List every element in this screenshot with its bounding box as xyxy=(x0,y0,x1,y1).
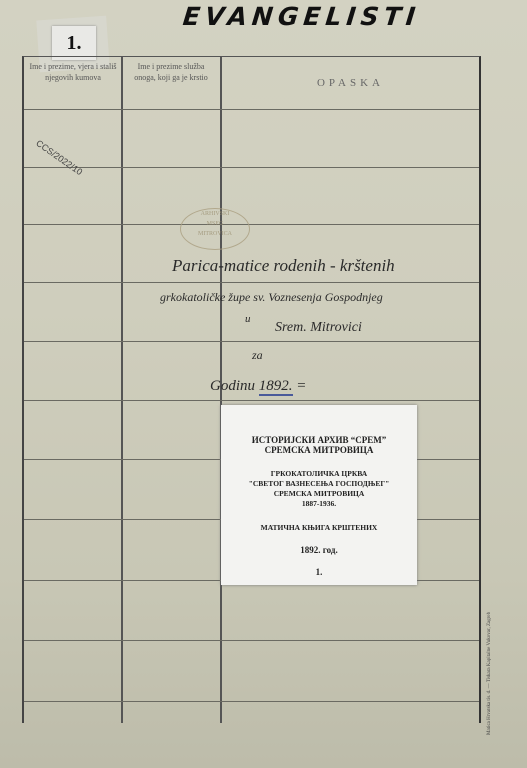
archive-label: ИСТОРИЈСКИ АРХИВ “СРЕМ” СРЕМСКА МИТРОВИЦ… xyxy=(221,405,417,585)
row-line xyxy=(24,167,479,168)
header-baptizer: Ime i prezime služba onoga, koji ga je k… xyxy=(126,61,216,83)
row-line xyxy=(24,282,479,283)
row-line xyxy=(24,640,479,641)
printer-mark: Matica Hrvatska tis. d. — Tiskara Kapita… xyxy=(487,612,492,735)
year: 1892. xyxy=(259,378,293,396)
handwriting-line-3: Srem. Mitrovici xyxy=(275,320,362,336)
row-line xyxy=(24,701,479,702)
column-divider xyxy=(121,57,123,723)
volume-number-sticker: 1. xyxy=(52,26,96,60)
handwriting-prefix-u: u xyxy=(245,313,251,325)
handwriting-line-4: za xyxy=(252,348,263,363)
archive-stamp: ARHIVSKI MSEG MITROVICA xyxy=(180,208,250,250)
header-remarks: OPASKA xyxy=(222,77,479,89)
row-line xyxy=(24,224,479,225)
header-godparents: Ime i prezime, vjera i stališ njegovih k… xyxy=(28,61,118,83)
row-line xyxy=(24,341,479,342)
row-line xyxy=(24,109,479,110)
document-page: EVANGELISTI 1. Ime i prezime, vjera i st… xyxy=(0,0,527,768)
handwriting-line-2: grkokatoličke župe sv. Voznesenja Gospod… xyxy=(160,290,383,305)
handwritten-title: EVANGELISTI xyxy=(181,2,421,31)
row-line xyxy=(24,400,479,401)
handwriting-line-5: Godinu 1892. = xyxy=(210,378,306,395)
handwriting-line-1: Parica-matice rodenih - krštenih xyxy=(172,256,395,276)
